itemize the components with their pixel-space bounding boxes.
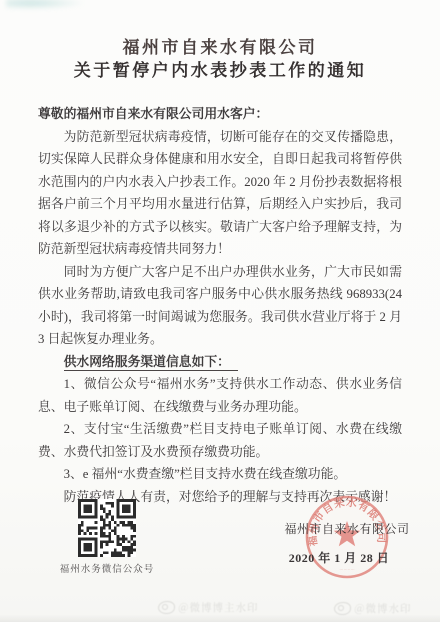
- qr-code-icon: [78, 499, 136, 557]
- qr-caption: 福州水务微信公众号: [46, 561, 168, 575]
- signature-company: 福州市自来水有限公司: [284, 520, 410, 537]
- channels-heading: 供水网络服务渠道信息如下：: [38, 351, 402, 374]
- channel-item-wechat: 1、微信公众号“福州水务”支持供水工作动态、供水业务信息、电子账单订阅、在线缴费…: [38, 373, 402, 418]
- company-name-title: 福州市自来水有限公司: [0, 36, 440, 59]
- company-seal: 福州市自来水有限公司 ···········: [295, 487, 399, 587]
- channels-heading-underline: 供水网络服务渠道信息如下：: [64, 355, 238, 371]
- paragraph-suspension: 为防范新型冠状病毒疫情，切断可能存在的交叉传播隐患，切实保障人民群众身体健康和用…: [38, 126, 402, 261]
- wechat-qr-block: 福州水务微信公众号: [78, 499, 136, 557]
- channel-item-efuzhou: 3、e 福州“水费查缴”栏目支持水费在线查缴功能。: [38, 463, 402, 486]
- photo-bottom-shade: [0, 614, 440, 622]
- channel-item-alipay: 2、支付宝“生活缴费”栏目支持电子账单订阅、水费在线缴费、水费代扣签订及水费预存…: [38, 418, 402, 463]
- weibo-watermark-left-text: ＠微博博主水印: [178, 600, 259, 615]
- notice-document: 福州市自来水有限公司 关于暂停户内水表抄表工作的通知 尊敬的福州市自来水有限公司…: [0, 0, 440, 622]
- paragraph-hotline: 同时为方便广大客户足不出户办理供水业务，广大市民如需供水业务帮助,请致电我司客户…: [38, 261, 402, 351]
- document-date: 2020 年 1 月 28 日: [284, 549, 394, 566]
- weibo-watermark-left: ＠微博博主水印: [158, 600, 259, 615]
- document-title: 福州市自来水有限公司 关于暂停户内水表抄表工作的通知: [0, 36, 440, 82]
- seal-serial-marks: ···········: [339, 567, 354, 572]
- greeting-line: 尊敬的福州市自来水有限公司用水客户：: [38, 103, 402, 126]
- photo-smudge: [6, 0, 86, 10]
- notice-subject-title: 关于暂停户内水表抄表工作的通知: [0, 59, 440, 82]
- weibo-logo-icon: [158, 601, 175, 614]
- notice-body: 尊敬的福州市自来水有限公司用水客户： 为防范新型冠状病毒疫情，切断可能存在的交叉…: [38, 103, 402, 508]
